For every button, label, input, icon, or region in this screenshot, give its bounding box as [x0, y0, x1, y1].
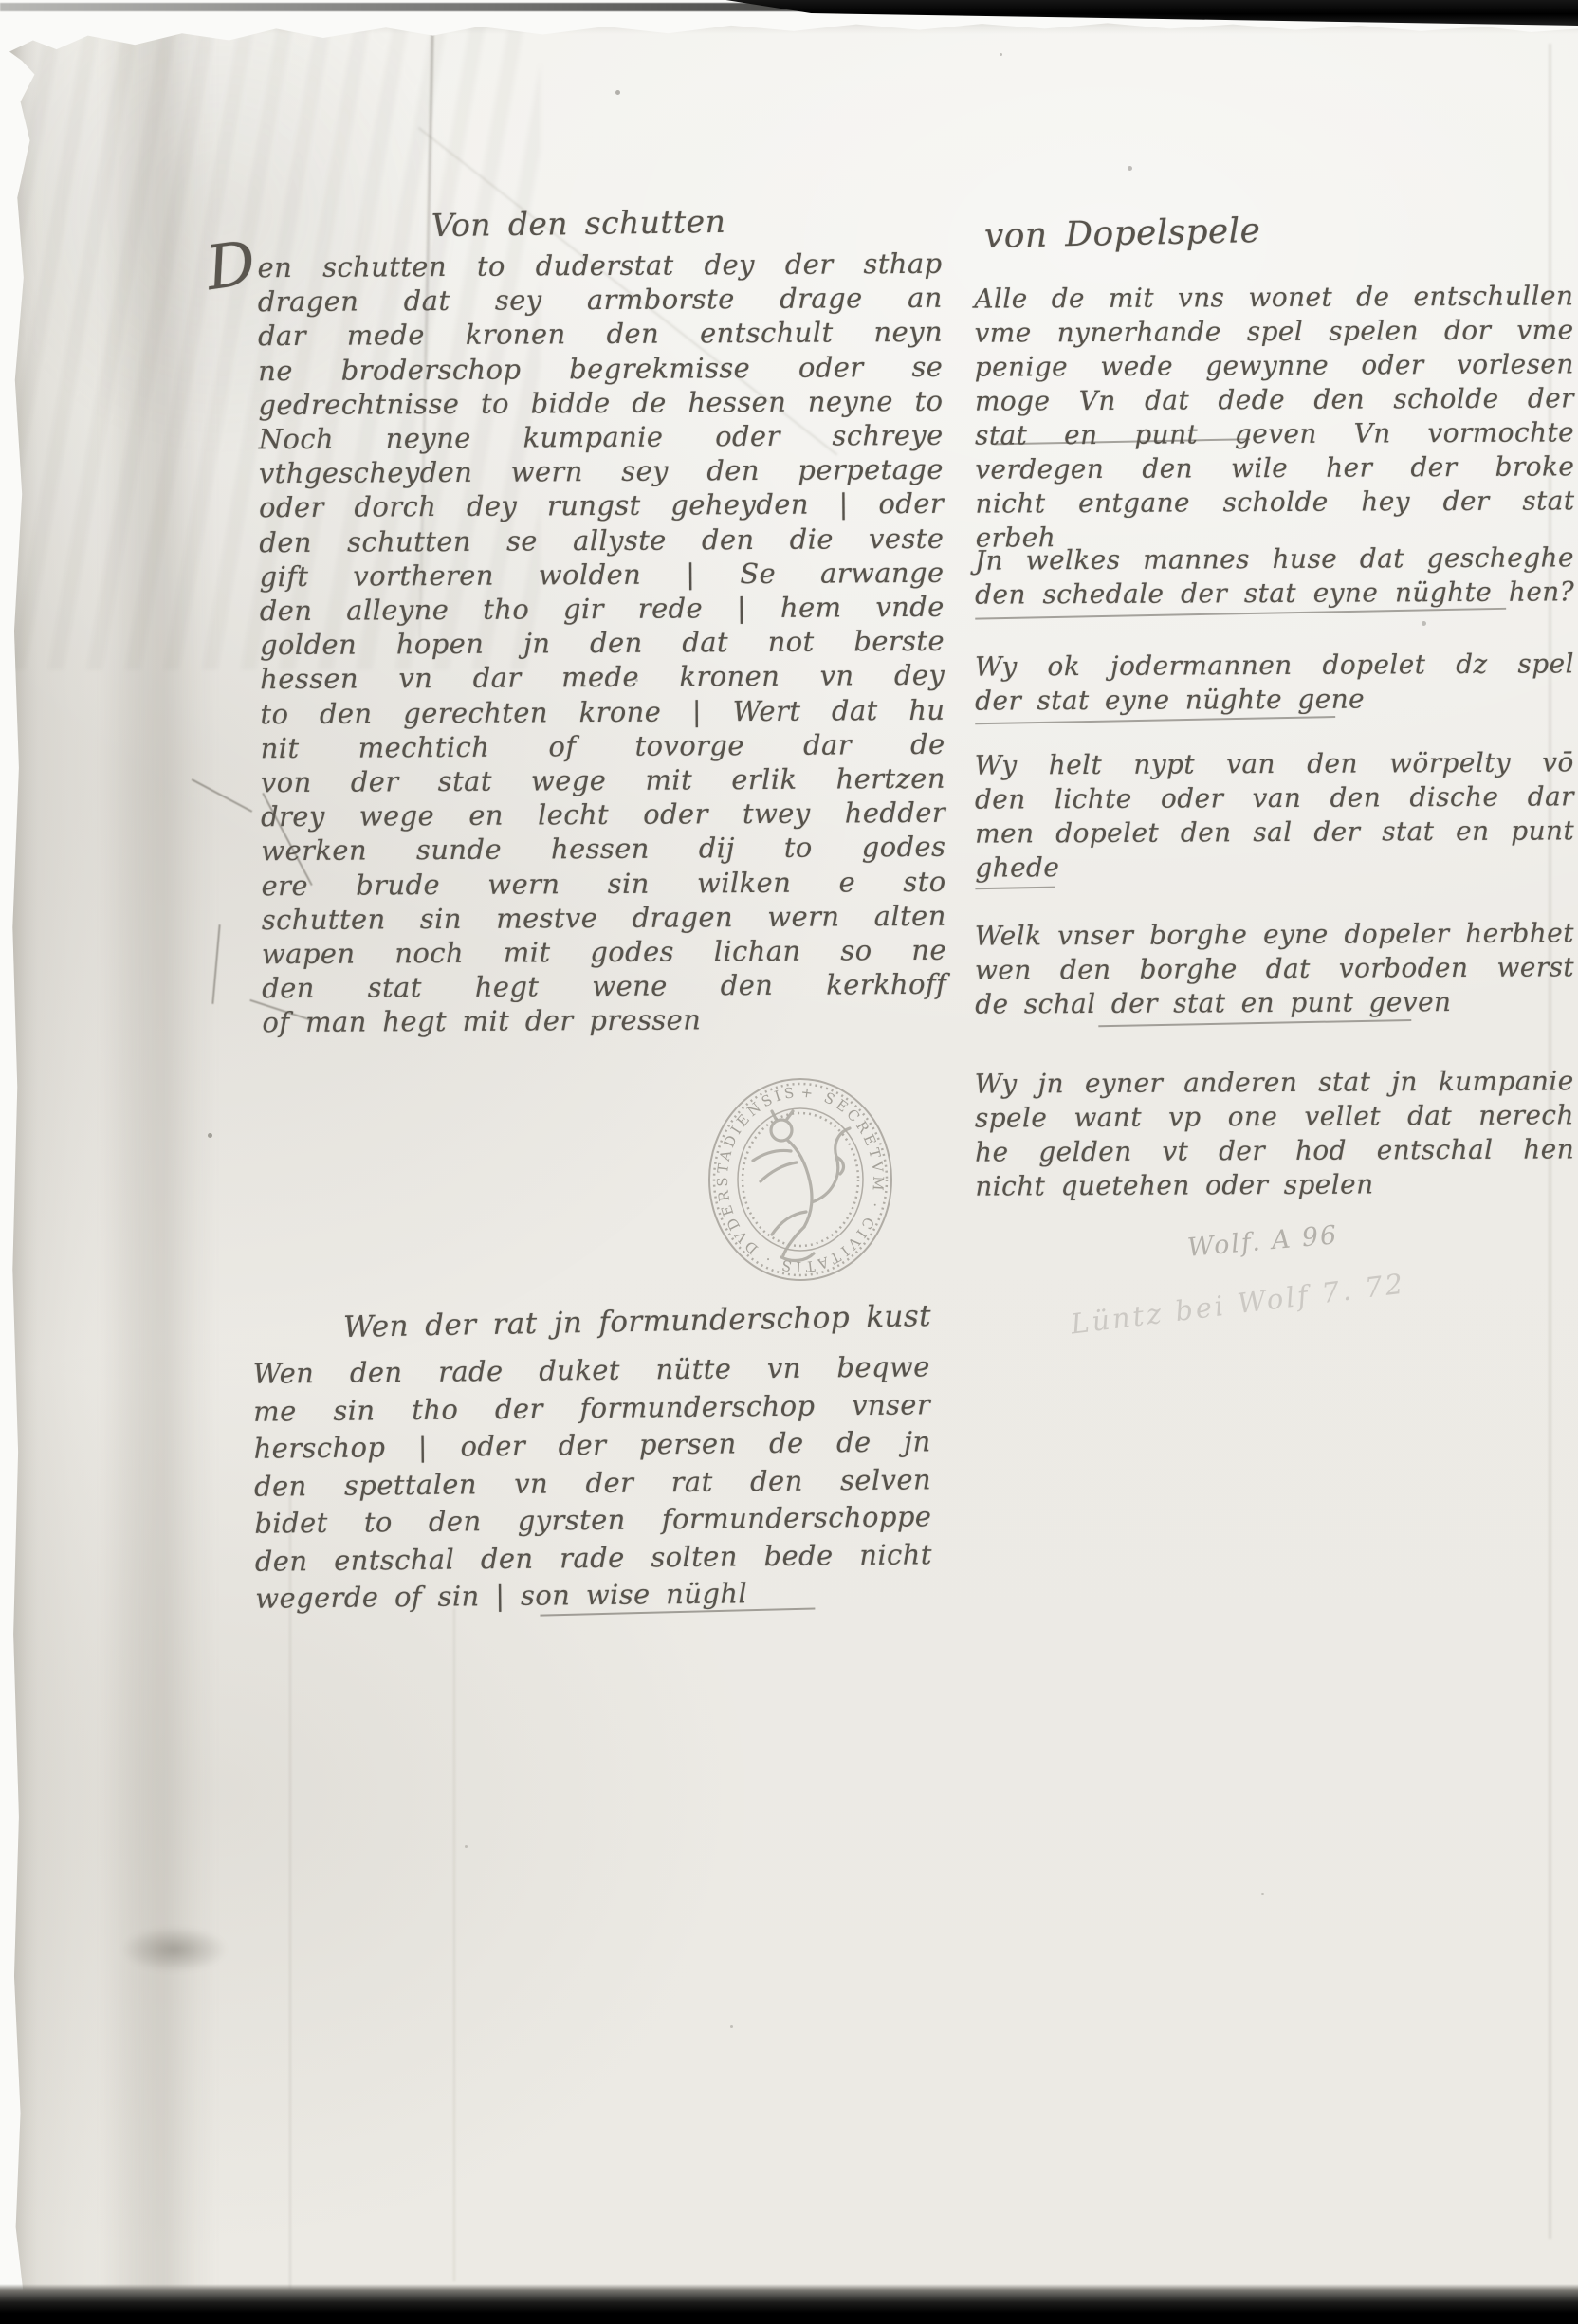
manuscript-line: der stat eyne nüghte gene [975, 681, 1574, 718]
manuscript-line: von der stat wege mit erlik hertzen [261, 761, 945, 800]
manuscript-line: Jn welkes mannes huse dat gescheghe [975, 540, 1574, 577]
manuscript-line: ere brude wern sin wilken e sto [261, 864, 945, 903]
manuscript-leaf: Von den schutten D en schutten to duders… [9, 15, 1578, 2296]
section-heading-schutten: Von den schutten [419, 203, 739, 245]
manuscript-line: Alle de mit vns wonet de entschullen [974, 279, 1573, 316]
section-heading-formunderschop: Wen der rat jn formunderschop kust [343, 1299, 932, 1345]
left-column-text: en schutten to duderstat dey der sthap d… [257, 247, 946, 1040]
manuscript-line: drey wege en lecht oder twey hedder [261, 796, 945, 834]
manuscript-line: wen den borghe dat vorboden werst [975, 950, 1574, 987]
manuscript-line: of man hegt mit der pressen [262, 1001, 946, 1040]
manuscript-line: bidet to den gyrsten formunderschoppe [254, 1498, 931, 1543]
manuscript-line: gedrechtnisse to bidde de hessen neyne t… [258, 384, 943, 423]
manuscript-line: golden hopen jn den dat not berste [260, 624, 945, 663]
manuscript-line: Wy helt nypt van den wörpelty vō [975, 745, 1574, 782]
manuscript-line: dar mede kronen den entschult neyn [258, 315, 943, 354]
lower-section-text: Wen den rade duket nütte vn beqwe me sin… [253, 1348, 933, 1618]
dust-specks [9, 15, 12, 18]
manuscript-line: vme nynerhande spel spelen dor vme [974, 313, 1573, 350]
paragraph: Welk vnser borghe eyne dopeler herbhet w… [975, 916, 1575, 1021]
scanner-edge-bottom [0, 2284, 1578, 2324]
manuscript-line: stat en punt geven Vn vormochte [975, 415, 1574, 452]
ink-blotch [121, 1927, 228, 1972]
manuscript-line: to den gerechten krone | Wert dat hu [260, 692, 945, 731]
manuscript-line: verdegen den wile her der broke [975, 449, 1574, 486]
manuscript-line: den alleyne tho gir rede | hem vnde [260, 590, 945, 629]
manuscript-line: nit mechtich of tovorge dar de [261, 727, 945, 766]
manuscript-line: Wy ok jodermannen dopelet dz spel [975, 647, 1574, 684]
scanner-edge-top-shadow [725, 0, 1578, 26]
manuscript-line: wapen noch mit godes lichan so ne [262, 933, 946, 972]
manuscript-line: en schutten to duderstat dey der sthap [257, 247, 942, 285]
paragraph: Wy jn eyner anderen stat jn kumpanie spe… [975, 1064, 1575, 1203]
section-heading-dopelspele: von Dopelspele [984, 211, 1261, 256]
manuscript-line: den schedale der stat eyne nüghte hen? [975, 575, 1574, 612]
manuscript-line: wegerde of sin | son wise nüghl [255, 1573, 932, 1618]
manuscript-line: gift vortheren wolden | Se arwange [259, 556, 944, 595]
manuscript-line: werken sunde hessen dij to godes [261, 830, 945, 869]
manuscript-line: nicht quetehen oder spelen [975, 1166, 1574, 1203]
manuscript-line: Wy jn eyner anderen stat jn kumpanie [975, 1064, 1574, 1101]
manuscript-line: spele want vp one vellet dat nerech [975, 1098, 1574, 1135]
pencil-annotation: Wolf. A 96 [1186, 1220, 1340, 1263]
paragraph: Wy helt nypt van den wörpelty vō den lic… [975, 745, 1575, 885]
manuscript-line: penige wede gewynne oder vorlesen [975, 347, 1574, 384]
manuscript-line: den entschal den rade solten bede nicht [255, 1536, 932, 1581]
paragraph: Jn welkes mannes huse dat gescheghe den … [975, 540, 1574, 612]
city-seal-duderstadt: + SECRETVM · CIVITATIS · DVDERSTADIENSIS [700, 1070, 901, 1290]
manuscript-line: oder dorch dey rungst geheyden | oder [259, 486, 944, 525]
manuscript-line: men dopelet den sal der stat en punt [975, 814, 1574, 851]
manuscript-line: Wen den rade duket nütte vn beqwe [253, 1348, 930, 1393]
manuscript-line: moge Vn dat dede den scholde der [975, 381, 1574, 418]
manuscript-line: herschop | oder der persen de de jn [253, 1423, 930, 1468]
pencil-annotation: Lüntz bei Wolf 7. 72 [1069, 1267, 1407, 1340]
manuscript-line: dragen dat sey armborste drage an [258, 281, 943, 320]
paragraph: Wy ok jodermannen dopelet dz spel der st… [975, 647, 1574, 718]
manuscript-line: ne broderschop begrekmisse oder se [258, 349, 943, 388]
manuscript-line: de schal der stat en punt geven [975, 984, 1574, 1021]
manuscript-line: hessen vn dar mede kronen vn dey [260, 658, 945, 697]
manuscript-line: den schutten se allyste den die veste [259, 521, 944, 559]
manuscript-line: den stat hegt wene den kerkhoff [262, 967, 946, 1006]
manuscript-line: vthgescheyden wern sey den perpetage [259, 452, 944, 491]
manuscript-line: Noch neyne kumpanie oder schreye [259, 418, 944, 457]
paragraph: Alle de mit vns wonet de entschullen vme… [974, 279, 1574, 555]
manuscript-line: Welk vnser borghe eyne dopeler herbhet [975, 916, 1574, 953]
scanned-manuscript: Von den schutten D en schutten to duders… [0, 0, 1578, 2324]
manuscript-line: schutten sin mestve dragen wern alten [262, 899, 946, 938]
emphasis-underline [975, 887, 1055, 890]
vertical-crease [453, 1608, 455, 2281]
manuscript-line: he gelden vt der hod entschal hen [975, 1132, 1574, 1169]
decorated-initial: D [202, 229, 260, 304]
manuscript-line: ghede [975, 848, 1574, 885]
manuscript-line: den lichte oder van den dische dar [975, 779, 1574, 816]
